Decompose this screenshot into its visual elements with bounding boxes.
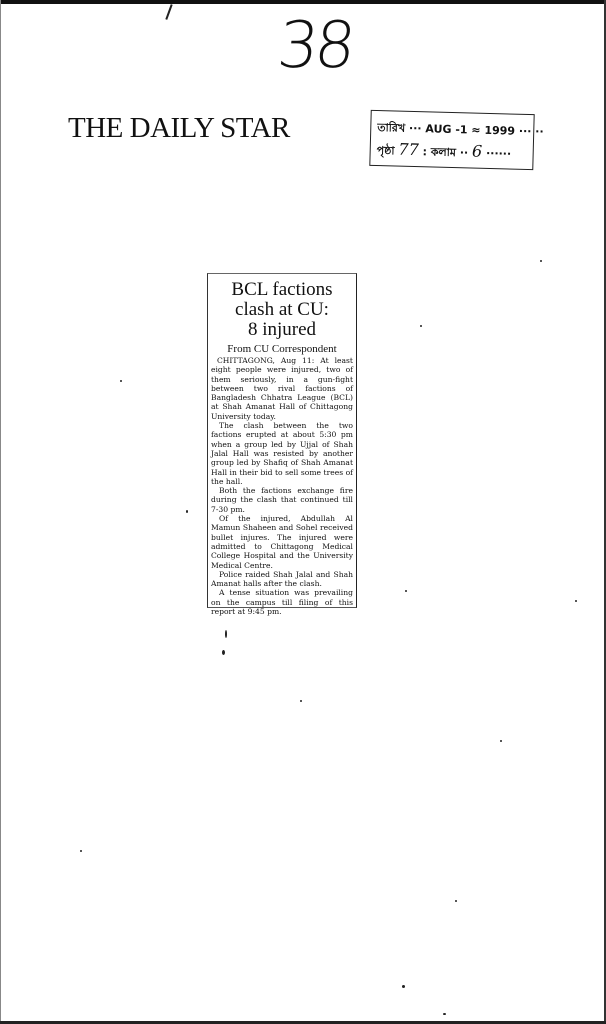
news-clipping: BCL factions clash at CU: 8 injured From… <box>207 273 357 608</box>
stamp-page-label: পৃষ্ঠা <box>377 144 395 157</box>
stamp-dots: ······ <box>486 147 511 161</box>
article-body: CHITTAGONG, Aug 11: At least eight peopl… <box>211 356 353 616</box>
scan-speck <box>420 325 422 327</box>
stamp-page-value: 77 <box>398 140 419 160</box>
article-paragraph: Of the injured, Abdullah Al Mamun Shahee… <box>211 514 353 570</box>
stamp-dots: ··· <box>409 122 426 135</box>
article-byline: From CU Correspondent <box>211 343 353 355</box>
scan-speck <box>405 590 407 592</box>
handwritten-page-number: 38 <box>275 14 355 78</box>
archive-stamp: তারিখ ··· AUG -1 ≈ 1999 ··· ·· পৃষ্ঠা 77… <box>369 110 534 170</box>
scan-speck <box>222 650 225 655</box>
headline-line: BCL factions <box>211 280 353 300</box>
scan-speck <box>500 740 502 742</box>
scan-speck <box>225 630 227 638</box>
stamp-date-value: AUG -1 ≈ 1999 <box>425 122 515 137</box>
stamp-column-label: কলাম <box>431 145 457 159</box>
headline-line: clash at CU: <box>211 300 353 320</box>
scan-speck <box>120 380 122 382</box>
headline-line: 8 injured <box>211 320 353 340</box>
pen-mark <box>165 4 172 20</box>
article-headline: BCL factions clash at CU: 8 injured <box>211 280 353 340</box>
scan-left-edge <box>0 0 1 1024</box>
article-paragraph: The clash between the two factions erupt… <box>211 421 353 486</box>
stamp-dots: ·· <box>460 146 469 159</box>
scan-speck <box>540 260 542 262</box>
article-paragraph: Police raided Shah Jalal and Shah Amanat… <box>211 570 353 589</box>
stamp-column-value: 6 <box>472 142 483 161</box>
scan-speck <box>455 900 457 902</box>
scan-speck <box>300 700 302 702</box>
stamp-dots: ··· ·· <box>519 125 544 139</box>
stamp-page-row: পৃষ্ঠা 77 : কলাম ·· 6 ······ <box>376 139 511 165</box>
scan-top-edge <box>0 0 606 4</box>
scan-speck <box>80 850 82 852</box>
article-paragraph: CHITTAGONG, Aug 11: At least eight peopl… <box>211 356 353 421</box>
scan-speck <box>402 985 405 988</box>
scan-speck <box>186 510 188 513</box>
article-paragraph: A tense situation was prevailing on the … <box>211 588 353 616</box>
stamp-date-label: তারিখ <box>377 121 405 135</box>
article-paragraph: Both the factions exchange fire during t… <box>211 486 353 514</box>
scan-speck <box>443 1013 446 1015</box>
scan-speck <box>575 600 577 602</box>
newspaper-masthead: THE DAILY STAR <box>68 112 290 145</box>
